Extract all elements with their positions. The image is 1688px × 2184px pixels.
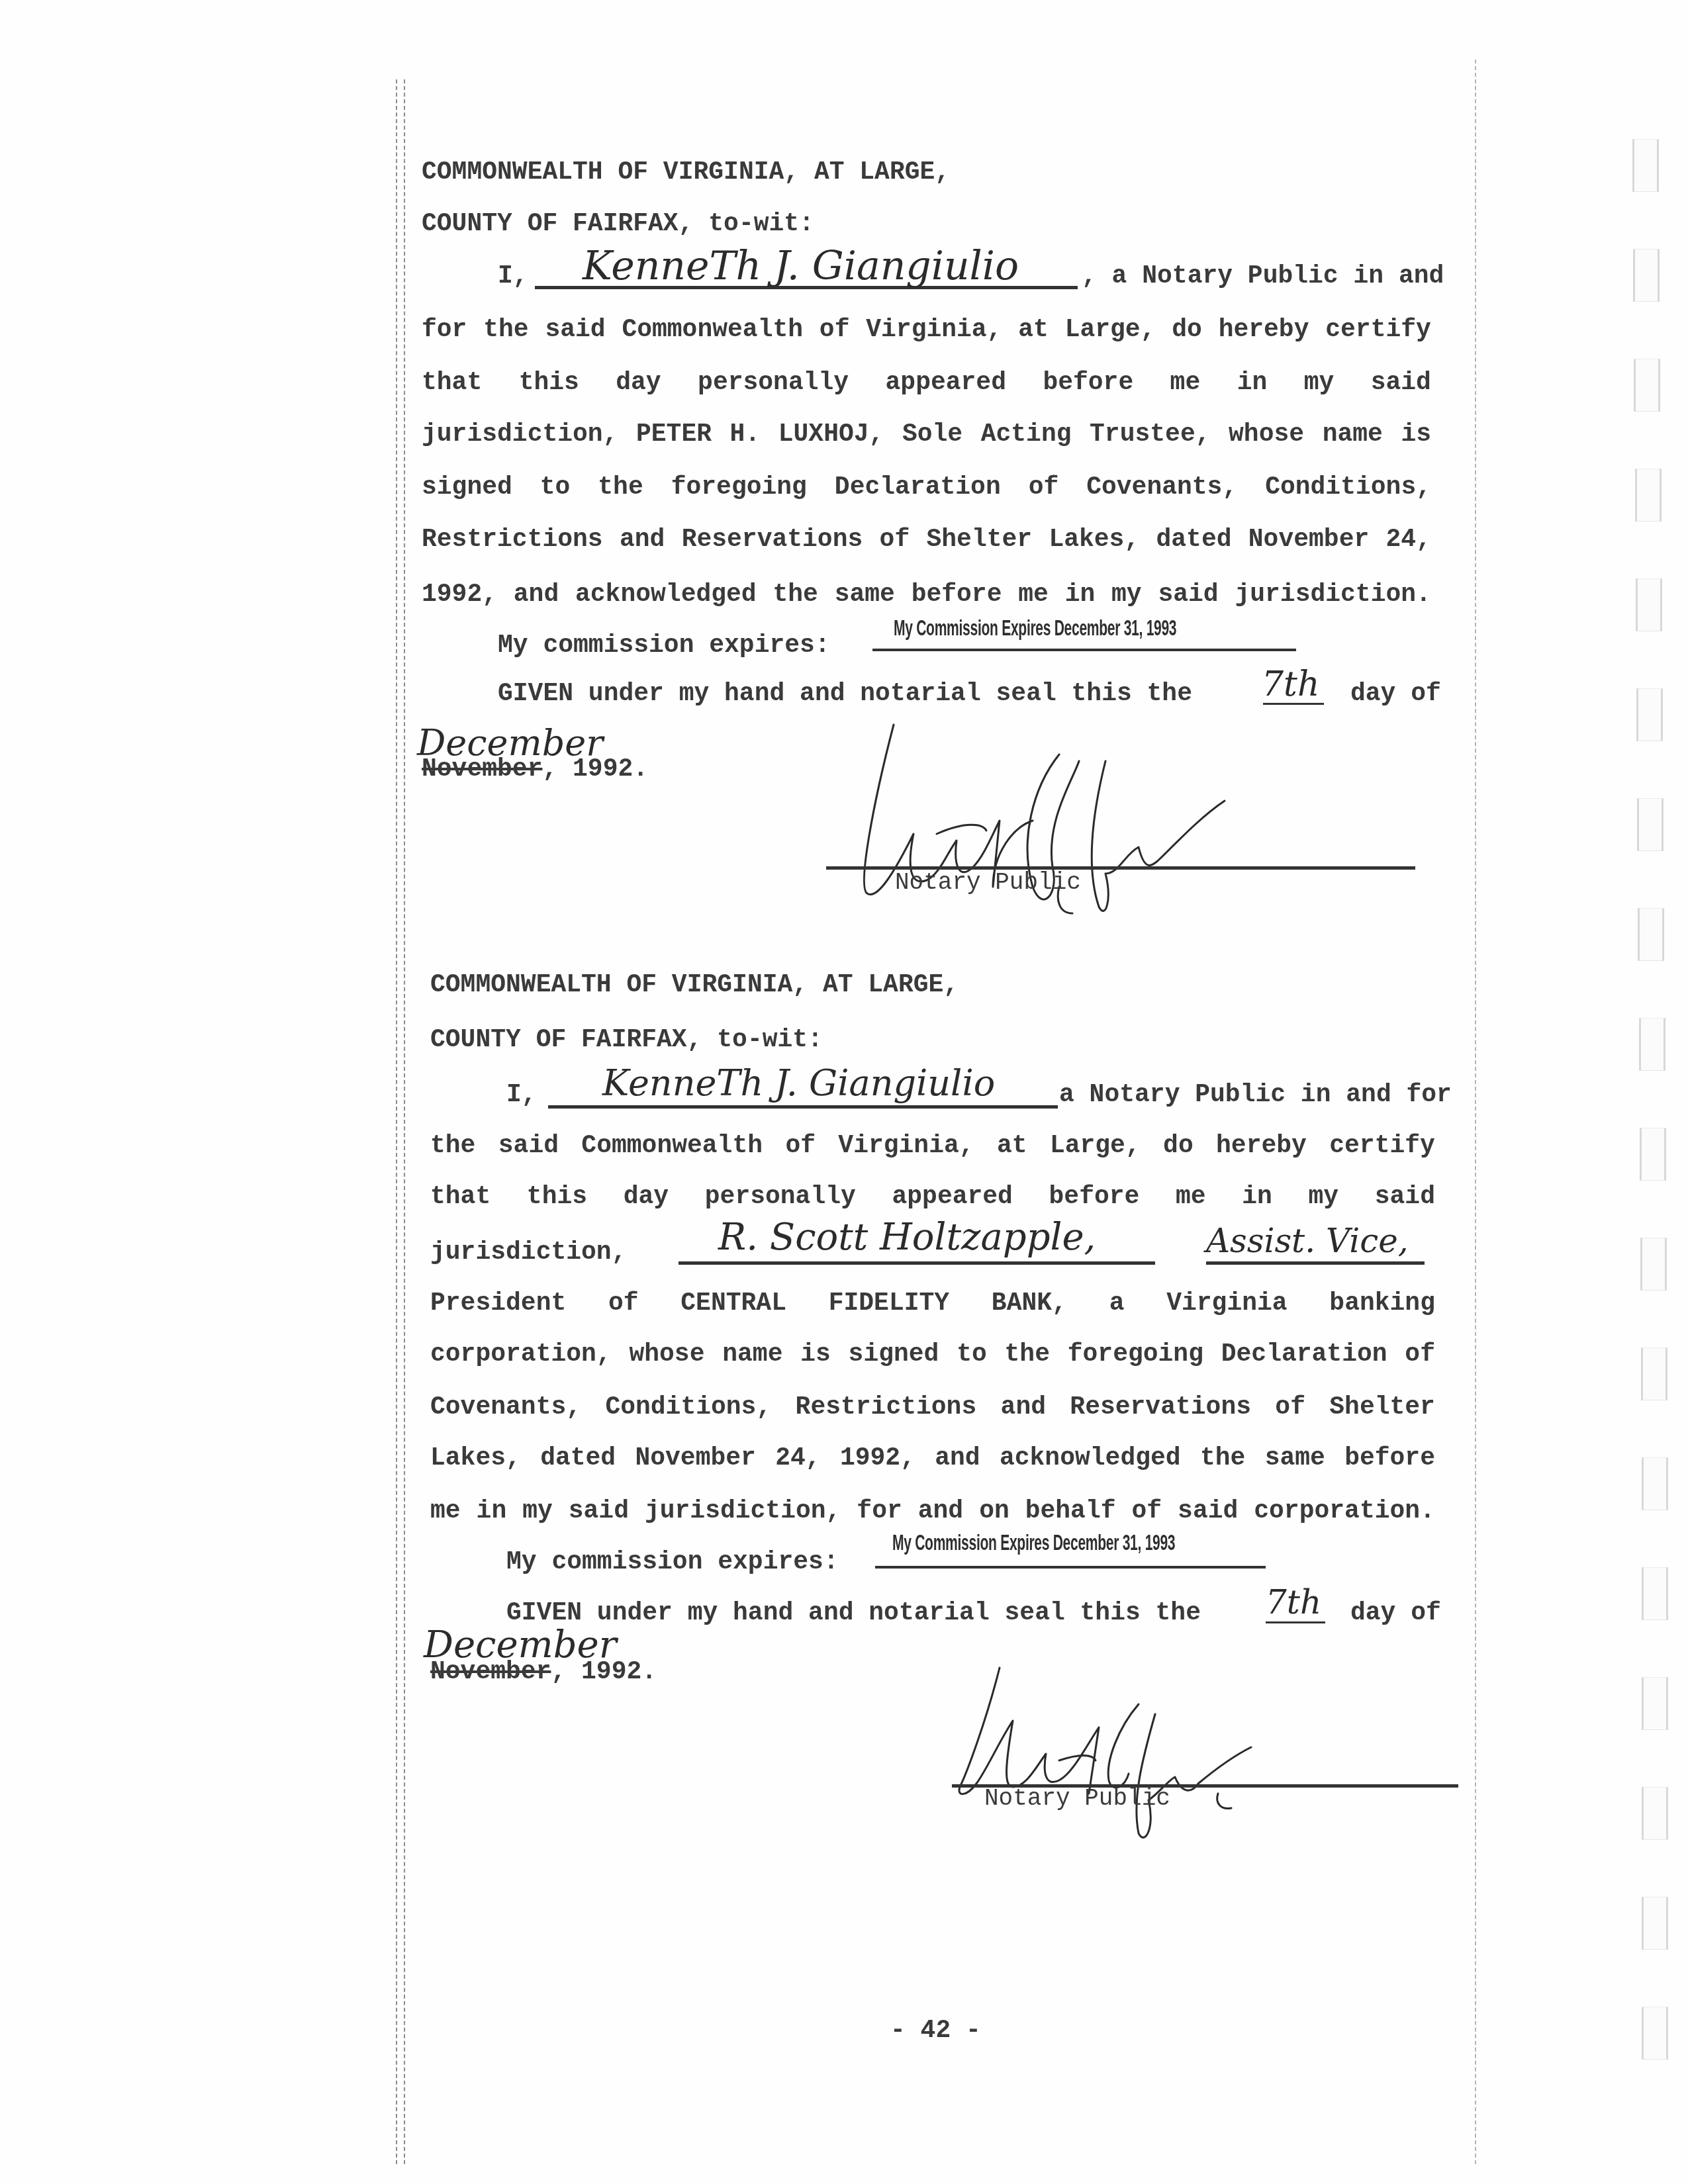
scan-margin-line-left-inner	[404, 79, 405, 2164]
word: Large,	[1065, 318, 1156, 343]
given-suffix: day of	[1350, 682, 1441, 707]
intro-suffix: , a Notary Public in and	[1082, 264, 1444, 289]
signature-label: Notary Public	[895, 871, 1081, 895]
commission-blank	[872, 649, 1296, 651]
word: this	[519, 371, 579, 396]
word: whose	[1229, 422, 1304, 447]
word: Restrictions	[796, 1395, 977, 1420]
year-line: November, 1992.	[430, 1660, 657, 1685]
binder-hole-mark	[1638, 908, 1664, 961]
word: and	[620, 527, 665, 553]
body-line: forthesaidCommonwealthofVirginia,atLarge…	[422, 318, 1431, 343]
word: in	[1237, 371, 1268, 396]
given-prefix: GIVEN under my hand and notarial seal th…	[498, 682, 1192, 707]
word: Shelter	[1329, 1395, 1435, 1420]
title-blank	[1206, 1261, 1425, 1265]
scan-margin-line-left	[396, 79, 397, 2164]
word: signed	[422, 475, 512, 500]
jurisdiction-prefix: jurisdiction,	[430, 1240, 626, 1265]
notary-signature-2	[920, 1655, 1450, 1853]
day-handwritten: 7th	[1266, 1586, 1321, 1619]
word: BANK,	[992, 1291, 1067, 1316]
binder-hole-mark	[1635, 469, 1662, 522]
word: hereby	[1219, 318, 1309, 343]
intro-suffix: a Notary Public in and for	[1059, 1083, 1452, 1108]
word: jurisdiction,	[645, 1499, 841, 1524]
word: LUXHOJ,	[778, 422, 884, 447]
word: Lakes,	[1049, 527, 1139, 553]
page-number: - 42 -	[890, 2019, 981, 2044]
word: Reservations	[682, 527, 863, 553]
binder-hole-mark	[1640, 1238, 1667, 1291]
word: the	[1200, 1446, 1245, 1471]
word: for	[422, 318, 467, 343]
word: the	[430, 1134, 475, 1159]
word: at	[997, 1134, 1027, 1159]
word: the	[1005, 1342, 1050, 1367]
title-handwritten: Assist. Vice,	[1206, 1224, 1409, 1257]
year-line: November, 1992.	[422, 757, 648, 782]
word: same	[835, 582, 895, 608]
word: dated	[1156, 527, 1232, 553]
given-suffix: day of	[1350, 1601, 1441, 1626]
word: and	[1001, 1395, 1046, 1420]
word: in	[1242, 1185, 1272, 1210]
word: behalf	[1025, 1499, 1116, 1524]
word: name	[1323, 422, 1383, 447]
word: my	[1111, 582, 1142, 608]
word: before	[1043, 371, 1133, 396]
commission-blank	[875, 1566, 1266, 1569]
word: Covenants,	[1086, 475, 1237, 500]
word: the	[773, 582, 818, 608]
word: November	[635, 1446, 755, 1471]
word: my	[1304, 371, 1335, 396]
word: PETER	[636, 422, 712, 447]
word: of	[1029, 475, 1059, 500]
given-prefix: GIVEN under my hand and notarial seal th…	[506, 1601, 1201, 1626]
document-page: COMMONWEALTH OF VIRGINIA, AT LARGE, COUN…	[0, 0, 1688, 2184]
word: FIDELITY	[829, 1291, 949, 1316]
word: signed	[849, 1342, 939, 1367]
word: before	[912, 582, 1002, 608]
word: that	[430, 1185, 491, 1210]
word: of	[785, 1134, 816, 1159]
word: Large,	[1050, 1134, 1141, 1159]
notary-name-handwritten: KenneTh J. Giangiulio	[583, 246, 1019, 286]
word: of	[1405, 1342, 1435, 1367]
binder-hole-mark	[1633, 249, 1660, 302]
word: Virginia,	[866, 318, 1002, 343]
word: said	[1178, 1499, 1238, 1524]
word: Restrictions	[422, 527, 603, 553]
body-line: RestrictionsandReservationsofShelterLake…	[422, 527, 1431, 553]
word: day	[616, 371, 661, 396]
word: jurisdiction.	[1235, 582, 1430, 608]
word: do	[1172, 318, 1202, 343]
word: said	[1375, 1185, 1435, 1210]
word: Conditions,	[605, 1395, 771, 1420]
word: personally	[705, 1185, 856, 1210]
word: before	[1049, 1185, 1140, 1210]
body-line: thatthisdaypersonallyappearedbeforemeinm…	[422, 371, 1431, 396]
year-suffix: , 1992.	[542, 755, 648, 784]
word: Virginia	[1166, 1291, 1287, 1316]
commission-stamp: My Commission Expires December 31, 1993	[892, 1530, 1175, 1556]
word: personally	[698, 371, 849, 396]
word: appeared	[886, 371, 1006, 396]
word: 1992,	[840, 1446, 915, 1471]
word: that	[422, 371, 482, 396]
signer-blank	[679, 1261, 1155, 1265]
word: the	[483, 318, 528, 343]
day-handwritten: 7th	[1262, 667, 1319, 702]
word: certify	[1329, 1134, 1435, 1159]
day-blank	[1263, 703, 1324, 705]
word: Covenants,	[430, 1395, 581, 1420]
word: in	[477, 1499, 507, 1524]
binder-hole-mark	[1642, 1567, 1668, 1620]
word: and	[514, 582, 559, 608]
word: Trustee,	[1090, 422, 1210, 447]
binder-hole-mark	[1640, 1128, 1666, 1181]
word: 1992,	[422, 582, 497, 608]
word: Reservations	[1070, 1395, 1251, 1420]
word: Shelter	[926, 527, 1032, 553]
word: of	[820, 318, 850, 343]
body-line: Lakes,datedNovember24,1992,andacknowledg…	[430, 1446, 1435, 1471]
word: acknowledged	[575, 582, 757, 608]
word: my	[522, 1499, 553, 1524]
word: said	[1371, 371, 1431, 396]
binder-hole-mark	[1639, 1018, 1665, 1071]
word: on	[979, 1499, 1009, 1524]
word: Declaration	[1221, 1342, 1387, 1367]
word: my	[1309, 1185, 1339, 1210]
word: is	[1401, 422, 1431, 447]
word: whose	[629, 1342, 704, 1367]
word: me	[430, 1499, 461, 1524]
scan-margin-line-right	[1475, 60, 1476, 2164]
body-line: PresidentofCENTRALFIDELITYBANK,aVirginia…	[430, 1291, 1435, 1316]
word: H.	[730, 422, 761, 447]
month-struck: November	[422, 755, 542, 784]
word: at	[1018, 318, 1049, 343]
signer-handwritten: R. Scott Holtzapple,	[718, 1219, 1096, 1256]
word: the	[598, 475, 643, 500]
state-line: COMMONWEALTH OF VIRGINIA, AT LARGE,	[422, 160, 950, 185]
commission-label: My commission expires:	[506, 1550, 839, 1575]
word: a	[1109, 1291, 1125, 1316]
word: is	[800, 1342, 831, 1367]
body-line: signedtotheforegoingDeclarationofCovenan…	[422, 475, 1431, 500]
body-line: thatthisdaypersonallyappearedbeforemeinm…	[430, 1185, 1435, 1210]
word: November	[1248, 527, 1369, 553]
word: appeared	[892, 1185, 1012, 1210]
month-struck: November	[430, 1658, 551, 1686]
word: hereby	[1216, 1134, 1307, 1159]
word: to	[540, 475, 571, 500]
binder-hole-mark	[1642, 1677, 1668, 1730]
commission-stamp: My Commission Expires December 31, 1993	[894, 615, 1176, 641]
word: for	[857, 1499, 902, 1524]
word: President	[430, 1291, 566, 1316]
word: do	[1163, 1134, 1194, 1159]
body-line: 1992,andacknowledgedthesamebeforemeinmys…	[422, 582, 1431, 608]
body-line: thesaidCommonwealthofVirginia,atLarge,do…	[430, 1134, 1435, 1159]
word: Acting	[981, 422, 1072, 447]
word: name	[722, 1342, 782, 1367]
county-line: COUNTY OF FAIRFAX, to-wit:	[430, 1028, 823, 1053]
word: and	[918, 1499, 963, 1524]
word: Virginia,	[838, 1134, 974, 1159]
binder-hole-mark	[1642, 2007, 1668, 2060]
word: Commonwealth	[622, 318, 803, 343]
word: 24,	[775, 1446, 820, 1471]
year-suffix: , 1992.	[551, 1658, 657, 1686]
notary-name-handwritten: KenneTh J. Giangiulio	[602, 1066, 995, 1101]
word: said	[498, 1134, 559, 1159]
binder-hole-mark	[1637, 798, 1664, 851]
word: day	[624, 1185, 669, 1210]
word: Conditions,	[1265, 475, 1431, 500]
word: CENTRAL	[680, 1291, 786, 1316]
word: me	[1176, 1185, 1206, 1210]
body-line: meinmysaidjurisdiction,forandonbehalfofs…	[430, 1499, 1435, 1524]
binder-hole-mark	[1636, 578, 1662, 631]
word: dated	[540, 1446, 616, 1471]
word: certify	[1325, 318, 1431, 343]
word: corporation,	[430, 1342, 612, 1367]
binder-hole-mark	[1632, 139, 1659, 192]
state-line: COMMONWEALTH OF VIRGINIA, AT LARGE,	[430, 973, 959, 998]
word: Declaration	[835, 475, 1001, 500]
word: Commonwealth	[581, 1134, 763, 1159]
day-blank	[1266, 1621, 1325, 1623]
body-line: Covenants,Conditions,RestrictionsandRese…	[430, 1395, 1435, 1420]
commission-label: My commission expires:	[498, 633, 830, 659]
signature-label: Notary Public	[984, 1787, 1170, 1811]
word: of	[608, 1291, 639, 1316]
word: of	[1275, 1395, 1305, 1420]
word: and	[935, 1446, 980, 1471]
word: 24,	[1386, 527, 1431, 553]
word: this	[527, 1185, 587, 1210]
word: banking	[1329, 1291, 1435, 1316]
word: acknowledged	[1000, 1446, 1181, 1471]
binder-hole-mark	[1636, 688, 1663, 741]
notary-signature-1	[794, 721, 1390, 933]
word: me	[1170, 371, 1201, 396]
notary-name-blank	[548, 1105, 1058, 1109]
word: Lakes,	[430, 1446, 521, 1471]
binder-hole-mark	[1642, 1457, 1668, 1510]
intro-prefix: I,	[506, 1083, 537, 1108]
county-line: COUNTY OF FAIRFAX, to-wit:	[422, 212, 814, 237]
word: foregoing	[671, 475, 807, 500]
word: corporation.	[1254, 1499, 1435, 1524]
word: said	[569, 1499, 629, 1524]
word: Sole	[902, 422, 962, 447]
binder-hole-mark	[1634, 359, 1660, 412]
word: said	[1158, 582, 1218, 608]
word: me	[1018, 582, 1049, 608]
word: in	[1065, 582, 1096, 608]
word: jurisdiction,	[422, 422, 618, 447]
word: said	[545, 318, 605, 343]
body-line: corporation,whosenameissignedtotheforego…	[430, 1342, 1435, 1367]
word: foregoing	[1068, 1342, 1203, 1367]
binder-hole-mark	[1642, 1897, 1668, 1950]
word: before	[1344, 1446, 1435, 1471]
body-line: jurisdiction,PETERH.LUXHOJ,SoleActingTru…	[422, 422, 1431, 447]
word: of	[1132, 1499, 1162, 1524]
binder-hole-mark	[1641, 1347, 1667, 1400]
word: same	[1265, 1446, 1325, 1471]
word: of	[880, 527, 910, 553]
binder-hole-mark	[1642, 1787, 1668, 1840]
intro-prefix: I,	[498, 264, 528, 289]
word: to	[957, 1342, 987, 1367]
